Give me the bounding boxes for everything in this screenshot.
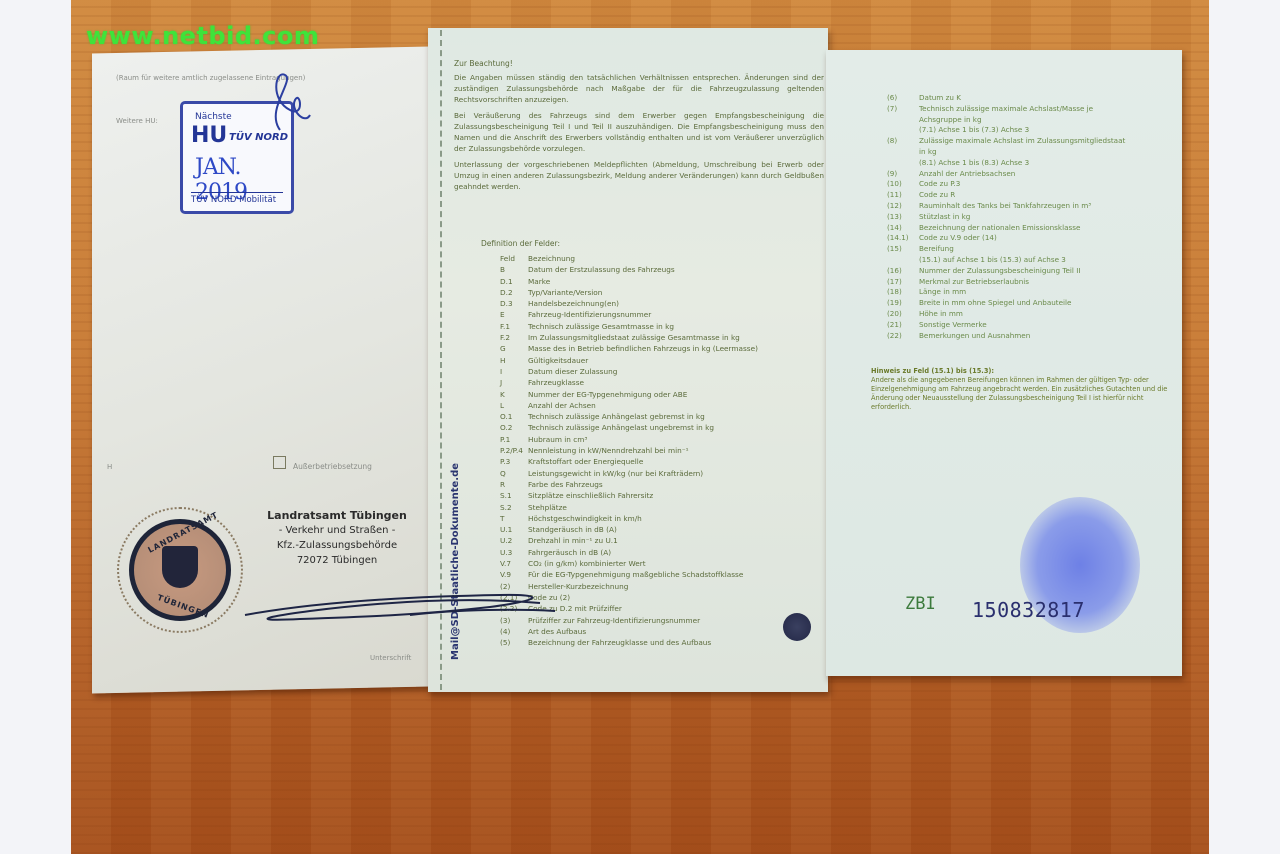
definition-row: (16)Nummer der Zulassungsbescheinigung T… [887,266,1125,277]
field-label: Im Zulassungsmitgliedstaat zulässige Ges… [528,332,740,343]
field-label: Höchstgeschwindigkeit in km/h [528,513,642,524]
definition-row: RFarbe des Fahrzeugs [500,479,758,490]
definition-row: (6)Datum zu K [887,93,1125,104]
seal-bottom-text: TÜBINGEN [156,593,210,620]
field-code: O.2 [500,422,528,433]
definition-row: O.2Technisch zulässige Anhängelast ungeb… [500,422,758,433]
definition-row: P.2/P.4Nennleistung in kW/Nenndrehzahl b… [500,445,758,456]
field-code: B [500,264,528,275]
definition-row: (12)Rauminhalt des Tanks bei Tankfahrzeu… [887,201,1125,212]
definition-row: (7)Technisch zulässige maximale Achslast… [887,104,1125,115]
field-label: Marke [528,276,550,287]
tyre-note-title: Hinweis zu Feld (15.1) bis (15.3): [871,367,1171,376]
field-code: P.1 [500,434,528,445]
field-label: Code zu R [919,190,955,201]
field-label: Technisch zulässige Gesamtmasse in kg [528,321,674,332]
field-code: (9) [887,169,919,180]
field-code: (8) [887,136,919,147]
field-label: in kg [919,147,937,158]
tyre-note-body: Andere als die angegebenen Bereifungen k… [871,376,1171,412]
field-label: Länge in mm [919,287,966,298]
definition-row: (15)Bereifung [887,244,1125,255]
definition-row: JFahrzeugklasse [500,377,758,388]
definition-row: S.2Stehplätze [500,502,758,513]
field-label: Stützlast in kg [919,212,970,223]
definition-row: (19)Breite in mm ohne Spiegel und Anbaut… [887,298,1125,309]
definition-row: BDatum der Erstzulassung des Fahrzeugs [500,264,758,275]
zbi-label: ZBI [905,594,936,614]
definition-row: U.3Fahrgeräusch in dB (A) [500,547,758,558]
definition-row: U.2Drehzahl in min⁻¹ zu U.1 [500,535,758,546]
field-label: Nummer der Zulassungsbescheinigung Teil … [919,266,1080,277]
definition-row: (9)Anzahl der Antriebsachsen [887,169,1125,180]
weitere-hu-label: Weitere HU: [116,117,158,125]
field-label: Technisch zulässige maximale Achslast/Ma… [919,104,1093,115]
document-serial-number: 150832817 [972,598,1085,622]
deregistration-checkbox[interactable] [273,456,286,469]
authority-address: 72072 Tübingen [262,553,412,568]
definition-row: (14.1)Code zu V.9 oder (14) [887,233,1125,244]
definition-row: KNummer der EG-Typgenehmigung oder ABE [500,389,758,400]
authority-office: Kfz.-Zulassungsbehörde [262,538,412,553]
field-label: Kraftstoffart oder Energiequelle [528,456,643,467]
district-office-seal: LANDRATSAMT TÜBINGEN [117,507,243,633]
definition-row: O.1Technisch zulässige Anhängelast gebre… [500,411,758,422]
field-label: (15.1) auf Achse 1 bis (15.3) auf Achse … [919,255,1066,266]
field-label: Bezeichnung der nationalen Emissionsklas… [919,223,1080,234]
field-label: (8.1) Achse 1 bis (8.3) Achse 3 [919,158,1029,169]
field-label: Gültigkeitsdauer [528,355,588,366]
field-label: Technisch zulässige Anhängelast ungebrem… [528,422,714,433]
notice-paragraph: Unterlassung der vorgeschriebenen Meldep… [454,159,824,192]
field-label: Masse des in Betrieb befindlichen Fahrze… [528,343,758,354]
definition-row: (8.1) Achse 1 bis (8.3) Achse 3 [887,158,1125,169]
field-label: Drehzahl in min⁻¹ zu U.1 [528,535,618,546]
field-label: Anzahl der Achsen [528,400,596,411]
field-label: Datum der Erstzulassung des Fahrzeugs [528,264,675,275]
field-label: Nummer der EG-Typgenehmigung oder ABE [528,389,687,400]
field-code: D.3 [500,298,528,309]
field-code: P.3 [500,456,528,467]
field-label: Achsgruppe in kg [919,115,982,126]
signature-label: Unterschrift [370,654,411,662]
signature-scribble-icon [240,585,560,645]
definition-row: IDatum dieser Zulassung [500,366,758,377]
definition-row: (21)Sonstige Vermerke [887,320,1125,331]
field-label: Datum dieser Zulassung [528,366,617,377]
definition-row: (11)Code zu R [887,190,1125,201]
definition-row: V.7CO₂ (in g/km) kombinierter Wert [500,558,758,569]
field-code: O.1 [500,411,528,422]
field-code: J [500,377,528,388]
field-label: Für die EG-Typgenehmigung maßgebliche Sc… [528,569,743,580]
field-label: Merkmal zur Betriebserlaubnis [919,277,1029,288]
field-code: S.2 [500,502,528,513]
field-code [887,147,919,158]
field-code: R [500,479,528,490]
definition-row: (8)Zulässige maximale Achslast im Zulass… [887,136,1125,147]
header-code: Feld [500,253,528,264]
definition-row: HGültigkeitsdauer [500,355,758,366]
field-label: Code zu V.9 oder (14) [919,233,997,244]
field-label: Bereifung [919,244,954,255]
field-code: (19) [887,298,919,309]
field-code: L [500,400,528,411]
stamp-hu-label: HU [191,123,227,148]
field-code: (11) [887,190,919,201]
field-code: G [500,343,528,354]
field-code: V.9 [500,569,528,580]
tyre-note: Hinweis zu Feld (15.1) bis (15.3): Ander… [871,367,1171,412]
field-label: Technisch zulässige Anhängelast gebremst… [528,411,705,422]
definition-row: QLeistungsgewicht in kW/kg (nur bei Kraf… [500,468,758,479]
field-code: V.7 [500,558,528,569]
field-code: (12) [887,201,919,212]
definition-row: U.1Standgeräusch in dB (A) [500,524,758,535]
field-label: Code zu P.3 [919,179,960,190]
definition-row: P.3Kraftstoffart oder Energiequelle [500,456,758,467]
field-label: Fahrgeräusch in dB (A) [528,547,611,558]
field-code: (16) [887,266,919,277]
definition-row: (18)Länge in mm [887,287,1125,298]
seal-ring: LANDRATSAMT TÜBINGEN [129,519,231,621]
field-label: Anzahl der Antriebsachsen [919,169,1015,180]
definition-row: D.1Marke [500,276,758,287]
definition-row: D.2Typ/Variante/Version [500,287,758,298]
field-code: U.1 [500,524,528,535]
field-label: Sonstige Vermerke [919,320,987,331]
field-label: Rauminhalt des Tanks bei Tankfahrzeugen … [919,201,1091,212]
definition-row: (7.1) Achse 1 bis (7.3) Achse 3 [887,125,1125,136]
field-label: Farbe des Fahrzeugs [528,479,603,490]
field-definitions-list-continued: (6)Datum zu K(7)Technisch zulässige maxi… [887,93,1125,341]
initials-scribble-icon [255,70,315,140]
notice-title: Zur Beachtung! [454,59,513,68]
definition-row: THöchstgeschwindigkeit in km/h [500,513,758,524]
field-code: K [500,389,528,400]
field-code: I [500,366,528,377]
field-label: Höhe in mm [919,309,963,320]
field-code: (18) [887,287,919,298]
field-code [887,115,919,126]
definition-row: S.1Sitzplätze einschließlich Fahrersitz [500,490,758,501]
field-code: Q [500,468,528,479]
field-code: (13) [887,212,919,223]
deregistration-label: Außerbetriebsetzung [293,462,372,471]
definition-row: (22)Bemerkungen und Ausnahmen [887,331,1125,342]
field-h-label: H [107,463,112,471]
watermark: www.netbid.com [86,22,319,50]
definition-row: Achsgruppe in kg [887,115,1125,126]
definition-row: (14)Bezeichnung der nationalen Emissions… [887,223,1125,234]
field-label: Fahrzeug-Identifizierungsnummer [528,309,651,320]
field-label: Bemerkungen und Ausnahmen [919,331,1030,342]
definition-row: LAnzahl der Achsen [500,400,758,411]
field-code: D.2 [500,287,528,298]
field-code: (22) [887,331,919,342]
field-code: (17) [887,277,919,288]
authority-block: Landratsamt Tübingen - Verkehr und Straß… [262,508,412,568]
definition-row: EFahrzeug-Identifizierungsnummer [500,309,758,320]
field-code: T [500,513,528,524]
field-code: (7) [887,104,919,115]
coat-of-arms-icon [162,546,198,588]
field-code [887,255,919,266]
field-label: Datum zu K [919,93,961,104]
field-label: (7.1) Achse 1 bis (7.3) Achse 3 [919,125,1029,136]
field-label: Breite in mm ohne Spiegel und Anbauteile [919,298,1071,309]
field-label: Nennleistung in kW/Nenndrehzahl bei min⁻… [528,445,689,456]
field-code: D.1 [500,276,528,287]
definitions-header: Feld Bezeichnung [500,253,758,264]
header-label: Bezeichnung [528,253,575,264]
authority-department: - Verkehr und Straßen - [262,523,412,538]
field-code: (14.1) [887,233,919,244]
field-label: Zulässige maximale Achslast im Zulassung… [919,136,1125,147]
definition-row: (13)Stützlast in kg [887,212,1125,223]
notice-paragraph: Die Angaben müssen ständig den tatsächli… [454,72,824,105]
definition-row: V.9Für die EG-Typgenehmigung maßgebliche… [500,569,758,580]
field-code: (20) [887,309,919,320]
definition-row: GMasse des in Betrieb befindlichen Fahrz… [500,343,758,354]
notice-paragraph: Bei Veräußerung des Fahrzeugs sind dem E… [454,110,824,154]
field-label: Handelsbezeichnung(en) [528,298,619,309]
field-code: F.1 [500,321,528,332]
field-code: U.3 [500,547,528,558]
definition-row: P.1Hubraum in cm³ [500,434,758,445]
definition-row: (10)Code zu P.3 [887,179,1125,190]
definition-row: (20)Höhe in mm [887,309,1125,320]
field-code: (6) [887,93,919,104]
field-label: Fahrzeugklasse [528,377,584,388]
stamp-next-label: Nächste [195,112,232,122]
field-code: U.2 [500,535,528,546]
field-code [887,125,919,136]
definitions-title: Definition der Felder: [481,239,560,248]
stamp-divider [191,192,283,193]
field-code: (15) [887,244,919,255]
field-code [887,158,919,169]
field-label: Typ/Variante/Version [528,287,602,298]
field-code: S.1 [500,490,528,501]
definition-row: in kg [887,147,1125,158]
field-code: (14) [887,223,919,234]
notice-body: Die Angaben müssen ständig den tatsächli… [454,72,824,197]
security-hologram-dot [783,613,811,641]
authority-name: Landratsamt Tübingen [262,508,412,523]
field-label: Standgeräusch in dB (A) [528,524,617,535]
field-label: Sitzplätze einschließlich Fahrersitz [528,490,653,501]
field-label: CO₂ (in g/km) kombinierter Wert [528,558,646,569]
field-code: F.2 [500,332,528,343]
stamp-footer: TÜV NORD Mobilität [191,195,276,205]
field-code: (10) [887,179,919,190]
field-label: Leistungsgewicht in kW/kg (nur bei Kraft… [528,468,703,479]
definition-row: F.2Im Zulassungsmitgliedstaat zulässige … [500,332,758,343]
definition-row: F.1Technisch zulässige Gesamtmasse in kg [500,321,758,332]
definition-row: (15.1) auf Achse 1 bis (15.3) auf Achse … [887,255,1125,266]
definition-row: (17)Merkmal zur Betriebserlaubnis [887,277,1125,288]
definition-row: D.3Handelsbezeichnung(en) [500,298,758,309]
field-label: Stehplätze [528,502,567,513]
field-code: H [500,355,528,366]
field-label: Hubraum in cm³ [528,434,587,445]
field-code: P.2/P.4 [500,445,528,456]
field-code: E [500,309,528,320]
field-code: (21) [887,320,919,331]
